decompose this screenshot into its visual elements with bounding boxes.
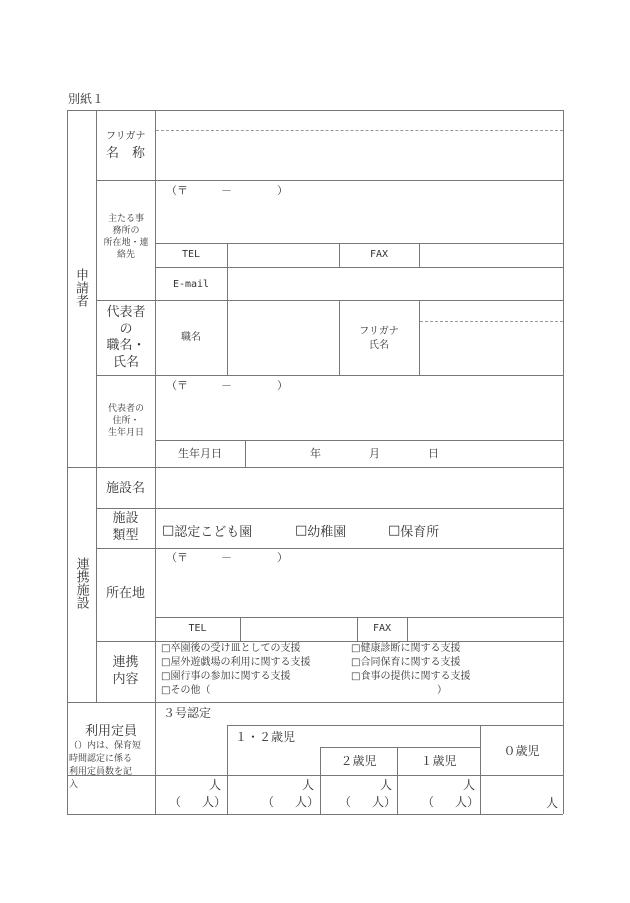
name-label: 名 称 — [106, 147, 145, 160]
capacity-label: 利用定員 — [67, 725, 155, 738]
cooperation-option-other[interactable]: □その他（ — [161, 686, 210, 696]
capacity-note: （）内は、保育短 時間認定に係る 利用定員数を記 入 — [69, 740, 141, 792]
postal-dash: － — [221, 185, 232, 196]
birthdate-label: 生年月日 — [155, 448, 245, 459]
row-divider — [96, 300, 563, 301]
document-label: 別紙１ — [68, 93, 104, 105]
facility-name-input[interactable] — [157, 469, 562, 507]
postal-dash: － — [221, 552, 232, 563]
row-divider — [67, 775, 563, 776]
label-column-divider — [155, 110, 156, 814]
cooperation-option-after-graduation[interactable]: □卒園後の受け皿としての支援 — [161, 644, 300, 654]
paren-open: （ — [169, 796, 181, 808]
row-divider — [96, 375, 563, 376]
fax-label: FAX — [357, 624, 407, 634]
age-1-label: １歳児 — [397, 755, 480, 767]
age-2-label: ２歳児 — [320, 755, 397, 767]
unit-label: 人 — [302, 779, 314, 791]
unit-label: 人 — [463, 779, 475, 791]
postal-suffix: ） — [277, 185, 288, 196]
row-divider — [155, 243, 563, 244]
age-12-label: １・２歳児 — [235, 731, 295, 743]
furigana-name-label: フリガナ 氏名 — [339, 325, 419, 352]
cell-divider — [419, 300, 420, 375]
location-label: 所在地 — [96, 587, 155, 600]
cell-divider — [419, 243, 420, 267]
facility-type-option-kodomoen[interactable]: □ 認定こども園 — [162, 521, 252, 540]
furigana-label: フリガナ — [106, 132, 146, 142]
cell-divider — [227, 243, 228, 267]
facility-type-option-nursery[interactable]: □ 保育所 — [388, 521, 439, 540]
unit-label: 人 — [380, 779, 392, 791]
representative-name-input[interactable] — [421, 323, 562, 374]
paren-open: （ — [422, 796, 434, 808]
representative-title-input[interactable] — [229, 302, 337, 374]
row-divider — [96, 641, 563, 642]
cell-divider — [227, 725, 228, 814]
office-label: 主たる事 務所の 所在地・連 絡先 — [99, 213, 153, 262]
postal-prefix: （〒 — [166, 380, 188, 391]
office-tel-input[interactable] — [229, 245, 337, 266]
furigana-divider — [156, 130, 563, 131]
section-divider — [67, 467, 563, 468]
category-3-label: ３号認定 — [163, 707, 211, 719]
applicant-furigana-input[interactable] — [157, 111, 562, 129]
paren-unit-close: 人） — [202, 796, 226, 808]
postal-suffix: ） — [277, 552, 288, 563]
cooperation-label: 連携 内容 — [96, 655, 155, 689]
cell-divider — [227, 267, 228, 300]
row-divider — [96, 548, 563, 549]
cell-divider — [245, 440, 246, 467]
paren-open: （ — [262, 796, 274, 808]
applicant-name-input[interactable] — [157, 132, 562, 179]
row-divider — [96, 508, 563, 509]
section-column-divider — [96, 110, 97, 702]
paren-unit-close: 人） — [372, 796, 396, 808]
applicant-section-label: 申請者 — [74, 268, 87, 307]
cooperation-other-input[interactable] — [220, 686, 430, 699]
cooperation-option-health-checkup[interactable]: □健康診断に関する支援 — [351, 644, 460, 654]
facility-name-label: 施設名 — [96, 482, 155, 495]
cell-divider — [407, 617, 408, 641]
representative-label: 代表者 の 職名・ 氏名 — [97, 305, 155, 372]
row-divider — [320, 747, 480, 748]
title-label: 職名 — [155, 333, 227, 343]
representative-furigana-input[interactable] — [421, 302, 562, 320]
table-bottom-border — [67, 814, 563, 815]
paren-unit-close: 人） — [295, 796, 319, 808]
office-fax-input[interactable] — [421, 245, 562, 266]
checkbox-icon[interactable]: □ — [162, 523, 174, 538]
row-divider — [227, 725, 563, 726]
fax-label: FAX — [339, 250, 419, 260]
cell-divider — [240, 617, 241, 641]
office-email-input[interactable] — [229, 269, 562, 299]
unit-label: 人 — [546, 797, 558, 809]
facility-fax-input[interactable] — [409, 619, 562, 640]
cooperation-option-school-events[interactable]: □園行事の参加に関する支援 — [161, 672, 290, 682]
birthdate-input[interactable] — [247, 442, 562, 466]
cooperation-option-meal-provision[interactable]: □食事の提供に関する支援 — [351, 672, 470, 682]
tel-label: TEL — [155, 250, 227, 260]
rep-address-label: 代表者の 住所・ 生年月日 — [99, 403, 153, 439]
email-label: E-mail — [155, 280, 227, 290]
facility-address-input[interactable] — [157, 565, 562, 613]
cell-divider — [227, 300, 228, 375]
option-label: 幼稚園 — [307, 521, 346, 540]
cell-divider — [480, 725, 481, 814]
unit-label: 人 — [209, 779, 221, 791]
office-address-input[interactable] — [157, 198, 562, 240]
facility-type-label: 施設 類型 — [96, 511, 155, 545]
option-label: 保育所 — [400, 521, 439, 540]
checkbox-icon[interactable]: □ — [295, 523, 307, 538]
age-0-label: ０歳児 — [480, 745, 563, 757]
paren-unit-close: 人） — [455, 796, 479, 808]
table-right-border — [563, 110, 564, 814]
section-divider — [67, 702, 563, 703]
cooperation-option-joint-childcare[interactable]: □合同保育に関する支援 — [351, 658, 460, 668]
furigana-divider — [420, 321, 563, 322]
option-label: 認定こども園 — [174, 521, 252, 540]
table-left-border — [67, 110, 68, 814]
row-divider — [96, 180, 563, 181]
other-close-paren: ） — [437, 686, 447, 696]
rep-address-input[interactable] — [157, 393, 562, 438]
checkbox-icon[interactable]: □ — [388, 523, 400, 538]
facility-section-label: 連携施設 — [74, 557, 88, 609]
postal-prefix: （〒 — [166, 552, 188, 563]
postal-dash: － — [221, 380, 232, 391]
paren-open: （ — [339, 796, 351, 808]
postal-suffix: ） — [277, 380, 288, 391]
row-divider — [155, 617, 563, 618]
tel-label: TEL — [155, 624, 240, 634]
row-divider — [155, 267, 563, 268]
facility-tel-input[interactable] — [242, 619, 355, 640]
facility-type-option-kindergarten[interactable]: □ 幼稚園 — [295, 521, 346, 540]
postal-prefix: （〒 — [166, 185, 188, 196]
cooperation-option-outdoor-playground[interactable]: □屋外遊戯場の利用に関する支援 — [161, 658, 310, 668]
row-divider — [155, 440, 563, 441]
